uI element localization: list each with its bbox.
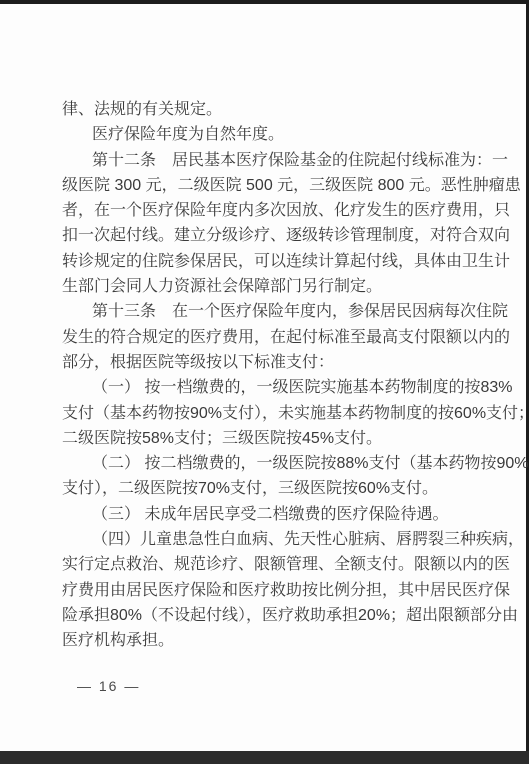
scan-edge-bottom [0, 751, 529, 764]
text-line: （一） 按一档缴费的，一级医院实施基本药物制度的按83% [62, 375, 514, 400]
text-line: 生部门会同人力资源社会保障部门另行制定。 [62, 274, 514, 299]
page-number: — 16 — [77, 678, 140, 694]
text-line: 第十三条 在一个医疗保险年度内，参保居民因病每次住院 [62, 299, 514, 324]
text-line: （四）儿童患急性白血病、先天性心脏病、唇腭裂三种疾病， [62, 527, 514, 552]
text-line: 扣一次起付线。建立分级诊疗、逐级转诊管理制度，对符合双向 [62, 223, 514, 248]
text-line: 医疗保险年度为自然年度。 [62, 122, 514, 147]
text-line: 疗费用由居民医疗保险和医疗救助按比例分担，其中居民医疗保 [62, 578, 514, 603]
text-line: 发生的符合规定的医疗费用，在起付标准至最高支付限额以内的 [62, 325, 514, 350]
scan-edge-top [0, 0, 529, 4]
document-body: 律、法规的有关规定。医疗保险年度为自然年度。第十二条 居民基本医疗保险基金的住院… [62, 97, 514, 654]
scanned-page: 律、法规的有关规定。医疗保险年度为自然年度。第十二条 居民基本医疗保险基金的住院… [0, 0, 529, 764]
text-line: （三） 未成年居民享受二档缴费的医疗保险待遇。 [62, 502, 514, 527]
text-line: 支付），二级医院按70%支付，三级医院按60%支付。 [62, 476, 514, 501]
text-line: 第十二条 居民基本医疗保险基金的住院起付线标准为：一 [62, 148, 514, 173]
text-line: 部分，根据医院等级按以下标准支付： [62, 350, 514, 375]
text-line: 级医院 300 元，二级医院 500 元，三级医院 800 元。恶性肿瘤患 [62, 173, 514, 198]
text-line: 者，在一个医疗保险年度内多次因放、化疗发生的医疗费用，只 [62, 198, 514, 223]
text-line: 二级医院按58%支付；三级医院按45%支付。 [62, 426, 514, 451]
text-line: 医疗机构承担。 [62, 628, 514, 653]
text-line: 律、法规的有关规定。 [62, 97, 514, 122]
text-line: （二） 按二档缴费的，一级医院按88%支付（基本药物按90% [62, 451, 514, 476]
text-line: 实行定点救治、规范诊疗、限额管理、全额支付。限额以内的医 [62, 552, 514, 577]
text-line: 转诊规定的住院参保居民，可以连续计算起付线，具体由卫生计 [62, 249, 514, 274]
text-line: 险承担80%（不设起付线），医疗救助承担20%；超出限额部分由 [62, 603, 514, 628]
text-line: 支付（基本药物按90%支付），未实施基本药物制度的按60%支付； [62, 401, 514, 426]
